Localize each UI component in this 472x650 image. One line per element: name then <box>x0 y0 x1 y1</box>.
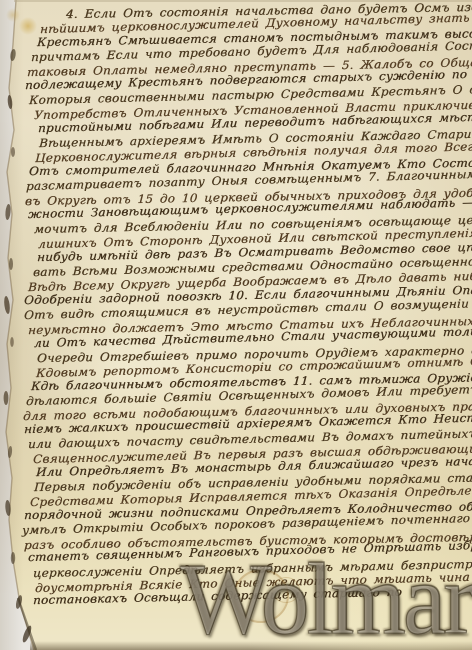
watermark-text: Wolmar <box>180 549 472 650</box>
scanned-document: 4. Если Отъ состоянія начальства дано бу… <box>0 0 472 650</box>
